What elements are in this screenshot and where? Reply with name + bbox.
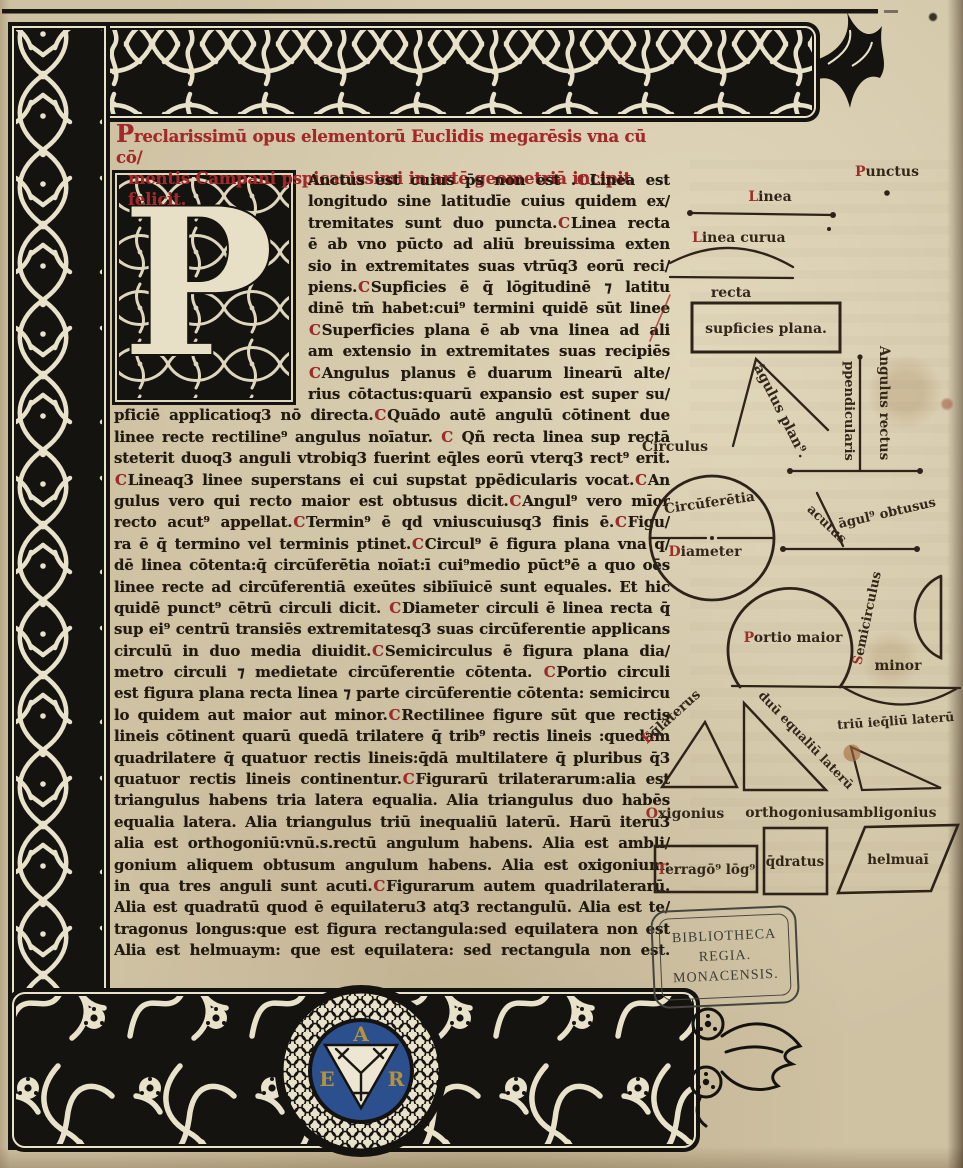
text-line: Anctus est cuius p̄s non est .CLinea est [114,170,670,191]
text-line: equalia latera. Alia triangulus triū ine… [114,812,670,833]
incipit-line-1: Preclarissimū opus elementorū Euclidis m… [116,123,672,168]
semicirculus-figure [915,576,941,658]
stamp-line-1: BIBLIOTHECA [672,925,777,950]
label-semicirculus: Semicirculus [850,570,884,666]
text-line: Alia est quadratū quod ē equilateru3 atq… [114,897,670,918]
text-line: longitudo sine latitudīe cuius quidem ex… [114,191,670,212]
label-superficies-plana: supficies plana. [705,321,827,337]
label-diameter: Diameter [668,544,742,560]
label-orthogonius: orthogonius [745,805,841,821]
text-line: dinē tm̄ habet:cui⁹ termini quidē sūt li… [114,298,670,319]
portio-minor-figure [843,687,956,705]
printer-medallion: A E R [275,985,447,1157]
text-line: dē linea cōtenta:q̄ circūferētia noīat:ī… [114,555,670,576]
text-line: triangulus habens tria latera equalia. A… [114,790,670,811]
text-line: recto acut⁹ appellat.CTermin⁹ ē qd vnius… [114,512,670,533]
text-line: rius cōtactus:quarū expansio est super s… [114,384,670,405]
text-line: ē ab vno pūcto ad aliū breuissima exten [114,234,670,255]
text-line: ra ē q̄ termino vel terminis ptinet.CCir… [114,534,670,555]
text-line: CSuperficies plana ē ab vna linea ad ali [114,320,670,341]
label-angulus-planus: āgulus plan⁹. [750,362,811,461]
text-line: linee recte rectiline⁹ angulus noīatur. … [114,427,670,448]
ink-stain [844,745,861,762]
text-line: est figura plana recta linea ⁊ parte cir… [114,683,670,704]
label-helmuaym: helmuaī [867,852,929,868]
text-line: am extensio in extremitates suas recipiē… [114,341,670,362]
text-line: piens.CSupficies ē q̄ lōgitudinē ⁊ latit… [114,277,670,298]
border-top-band [8,22,820,122]
text-line: in qua tres anguli sunt acuti.CFigurarum… [114,876,670,897]
body-text-full: pficiē applicatioq3 nō directa.CQuādo au… [114,405,670,961]
label-quadratus: q̄dratus [766,854,825,870]
stamp-line-2: REGIA. [698,946,751,968]
label-minor: minor [874,658,922,674]
label-trium-inequalium: triū ieq̄liū laterū [837,709,955,732]
medallion-letter-r: R [388,1067,405,1091]
medallion-letter-a: A [352,1022,369,1046]
linea-curua-figure [670,248,793,267]
label-oxigonius: Oxigonius [646,806,725,822]
label-circulus: Circulus [642,439,708,455]
text-line: quadrilatere q̄ quatuor rectis lineis:q̄… [114,748,670,769]
text-line: circulū in duo media diuidit.CSemicircul… [114,641,670,662]
text-line: sio in extremitates suas vtrūq3 eorū rec… [114,256,670,277]
label-linea: Linea [748,189,791,205]
label-punctus: Punctus [855,164,919,180]
top-finial-leaf [816,12,884,108]
obtuse-triangle [851,747,941,790]
text-line: tremitates sunt duo puncta.CLinea recta [114,213,670,234]
text-line: CAngulus planus ē duarum linearū alte/ [114,363,670,384]
text-line: quatuor rectis lineis continentur.CFigur… [114,769,670,790]
label-angulus-rectus: Angulus rectus [876,345,892,461]
label-portio-maior: Portio maior [744,630,843,646]
text-line: tragonus longus:que est figura rectangul… [114,919,670,940]
text-line: alia est orthogoniū:vnū.s.rectū angulum … [114,833,670,854]
label-tetragonus-longus: Terragō⁹ lōg⁹ [657,862,756,878]
margin-diagrams: Punctus Linea Linea curua recta supficie… [640,145,963,905]
recta-figure [670,277,793,278]
stamp-line-3: MONACENSIS. [673,965,779,990]
label-linea-curua: Linea curua [692,230,786,246]
label-perpendicularis: ppendicularis [841,361,856,461]
text-line: quidē punct⁹ cētrū circuli dicit. CDiame… [114,598,670,619]
equilateral-triangle [662,722,737,787]
text-line: lineis cōtinent quarū quedā trilatere q̄… [114,726,670,747]
library-stamp: BIBLIOTHECA REGIA. MONACENSIS. [650,905,800,1009]
text-line: gulus vero qui recto maior est obtusus d… [114,491,670,512]
text-line: lo quidem aut maior aut minor.CRectiline… [114,705,670,726]
text-line: CLineaq3 linee superstans ei cui supstat… [114,470,670,491]
label-ambligonius: ambligonius [840,805,937,821]
label-angulus-obtusus: āgul⁹ obtusus [837,495,937,532]
text-line: steterit duoq3 anguli vtrobiq3 fuerint e… [114,448,670,469]
linea-figure [690,213,833,215]
text-line: gonium aliquem obtusum angulum habens. A… [114,855,670,876]
label-duo-equalium: duū equaliū laterū [756,688,857,792]
incunabulum-page: A E R P Preclarissimū opus elementorū Eu… [0,0,963,1168]
top-rule [2,9,898,14]
text-line: pficiē applicatioq3 nō directa.CQuādo au… [114,405,670,426]
label-recta: recta [711,285,751,301]
medallion-letter-e: E [319,1067,334,1091]
body-text-indented: Anctus est cuius p̄s non est .CLinea est… [114,170,670,405]
text-line: sup ei⁹ centrū transiēs extremitatesq3 s… [114,619,670,640]
text-line: metro circuli ⁊ medietate circūferentie … [114,662,670,683]
text-line: Alia est helmuaym: que est equilatera: s… [114,940,670,961]
punctus-dot [884,190,890,196]
border-left-band [8,22,110,1150]
bottom-finial-leaf [691,1009,800,1126]
label-circumferentia: Circūferētia [663,489,756,518]
text-line: linee recte ad circūferentiā exeūtes sib… [114,577,670,598]
